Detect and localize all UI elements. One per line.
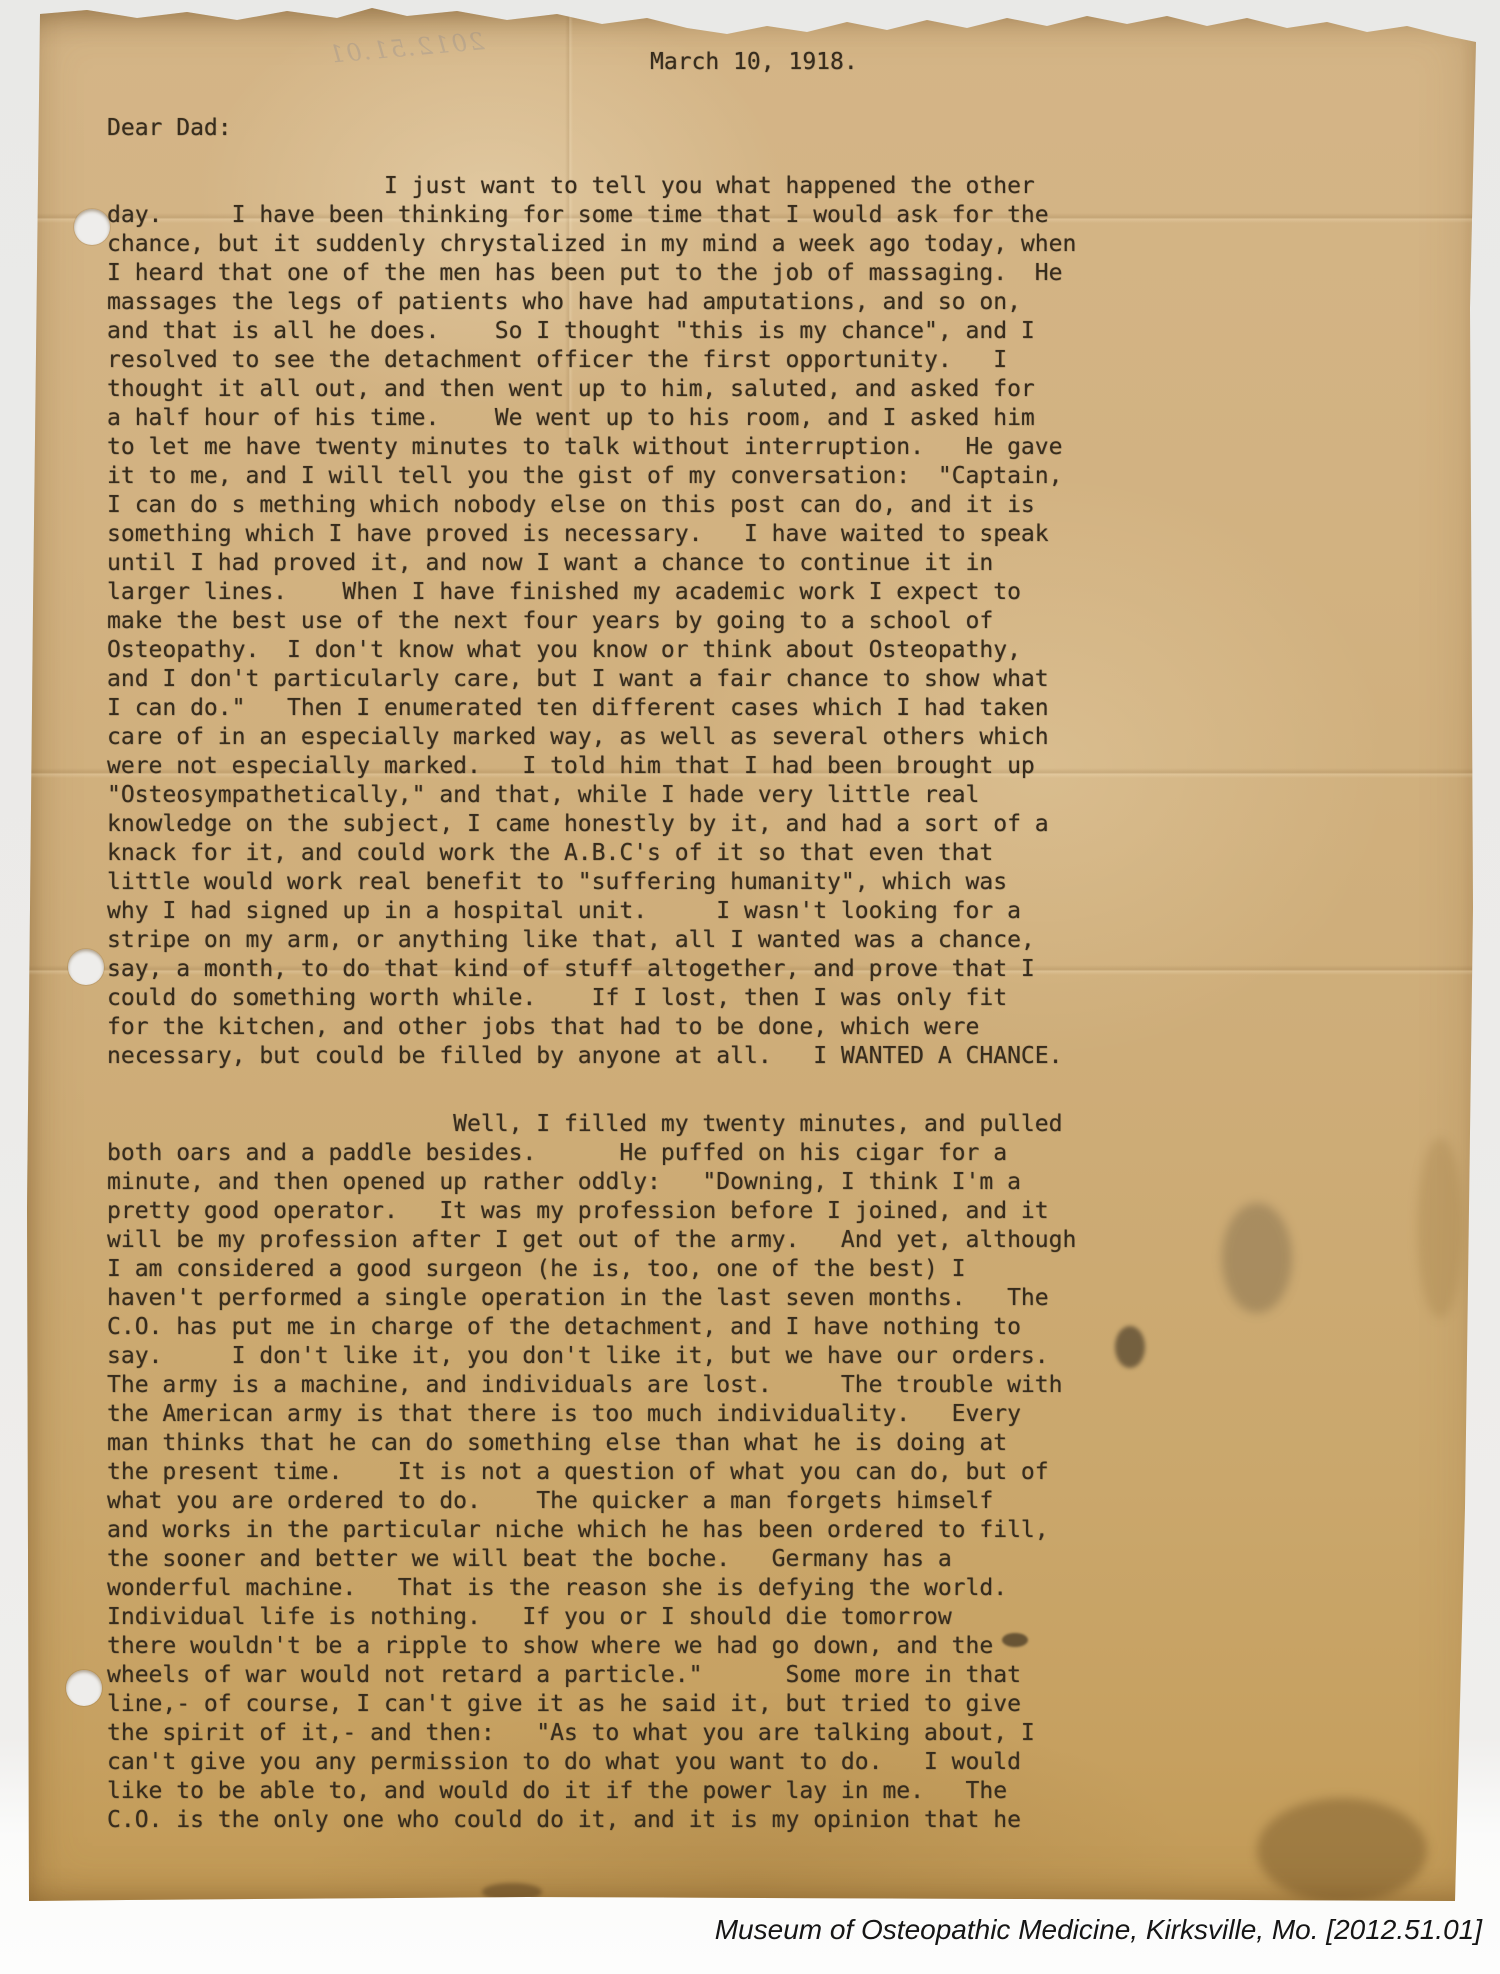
stain [482,1883,542,1901]
ink-blot [1115,1326,1145,1368]
punch-hole [74,209,110,245]
stain [1417,1138,1463,1318]
letter-paragraph-2: Well, I filled my twenty minutes, and pu… [107,1110,1076,1835]
punch-hole [68,949,104,985]
scanned-letter-page: { "colors":{ "paper_base":"#cfae77", "pa… [0,0,1500,1974]
archive-caption: Museum of Osteopathic Medicine, Kirksvil… [715,1914,1482,1946]
letter-salutation: Dear Dad: [107,114,232,143]
stain [1257,1798,1427,1903]
stain [1222,1203,1292,1313]
punch-hole [66,1670,102,1706]
letter-paragraph-1: I just want to tell you what happened th… [107,172,1076,1071]
letter-date: March 10, 1918. [650,48,858,77]
